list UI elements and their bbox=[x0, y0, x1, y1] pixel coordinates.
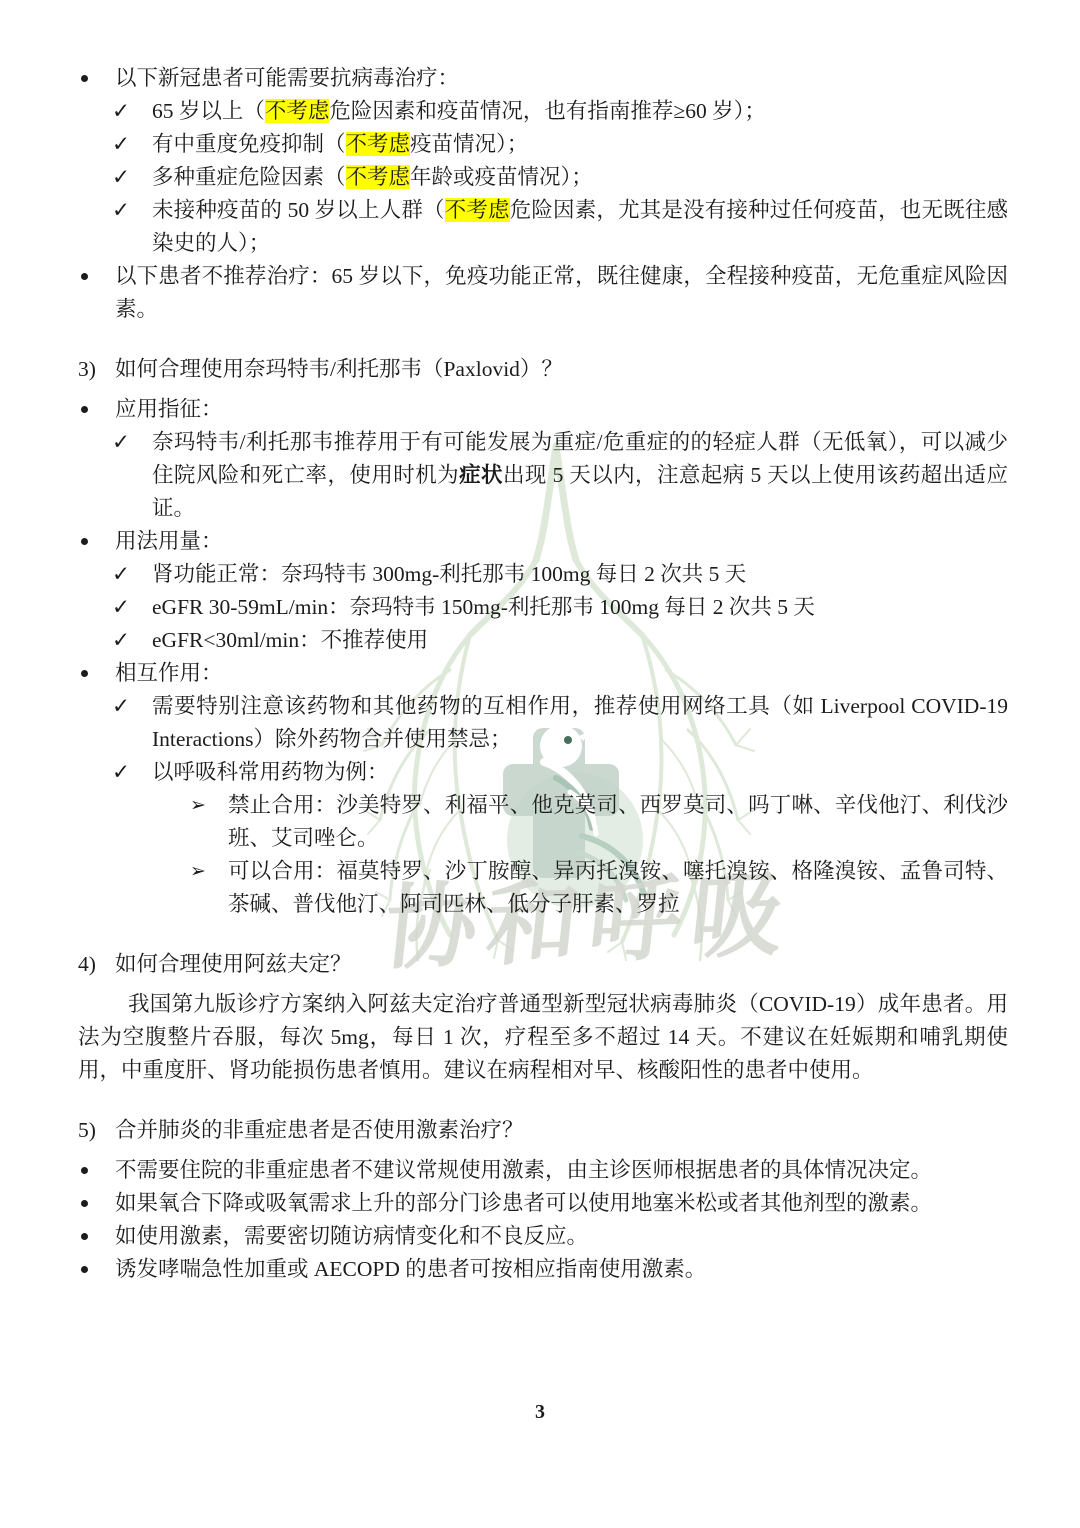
text-run: 用法用量： bbox=[115, 529, 223, 553]
block-arrow: ➢可以合用：福莫特罗、沙丁胺醇、异丙托溴铵、噻托溴铵、格隆溴铵、孟鲁司特、茶碱、… bbox=[78, 855, 1008, 921]
bullet-icon bbox=[81, 273, 88, 280]
arrow-icon: ➢ bbox=[190, 855, 206, 888]
text-run: 相互作用： bbox=[115, 661, 223, 685]
bullet-icon bbox=[81, 1167, 88, 1174]
check-icon: ✓ bbox=[112, 95, 130, 128]
text-run: 应用指征： bbox=[115, 397, 223, 421]
text-run: 未接种疫苗的 50 岁以上人群（ bbox=[152, 198, 445, 222]
text-run: 肾功能正常：奈玛特韦 300mg-利托那韦 100mg 每日 2 次共 5 天 bbox=[152, 562, 746, 586]
check-icon: ✓ bbox=[112, 690, 130, 723]
bullet-icon bbox=[81, 406, 88, 413]
block-para: 我国第九版诊疗方案纳入阿兹夫定治疗普通型新型冠状病毒肺炎（COVID-19）成年… bbox=[78, 988, 1008, 1087]
text-run: 年龄或疫苗情况）； bbox=[410, 165, 593, 189]
text-run: 以下患者不推荐治疗：65 岁以下，免疫功能正常，既往健康，全程接种疫苗，无危重症… bbox=[115, 264, 1008, 321]
block-check: ✓奈玛特韦/利托那韦推荐用于有可能发展为重症/危重症的的轻症人群（无低氧），可以… bbox=[78, 426, 1008, 525]
block-check: ✓以呼吸科常用药物为例： bbox=[78, 756, 1008, 789]
block-bullet: 用法用量： bbox=[78, 525, 1008, 558]
block-numbered: 4)如何合理使用阿兹夫定？ bbox=[78, 948, 1008, 981]
block-check: ✓未接种疫苗的 50 岁以上人群（不考虑危险因素，尤其是没有接种过任何疫苗，也无… bbox=[78, 194, 1008, 260]
check-icon: ✓ bbox=[112, 558, 130, 591]
check-icon: ✓ bbox=[112, 161, 130, 194]
text-run: eGFR<30ml/min：不推荐使用 bbox=[152, 628, 428, 652]
arrow-icon: ➢ bbox=[190, 789, 206, 822]
highlighted-text: 不考虑 bbox=[445, 198, 510, 222]
bullet-icon bbox=[81, 1266, 88, 1273]
heading-number: 3) bbox=[78, 353, 96, 386]
text-run: 合并肺炎的非重症患者是否使用激素治疗？ bbox=[115, 1118, 524, 1142]
text-run: 禁止合用：沙美特罗、利福平、他克莫司、西罗莫司、吗丁啉、辛伐他汀、利伐沙班、艾司… bbox=[228, 793, 1008, 850]
block-numbered: 3)如何合理使用奈玛特韦/利托那韦（Paxlovid）？ bbox=[78, 353, 1008, 386]
text-run: 疫苗情况）； bbox=[410, 132, 528, 156]
block-bullet: 应用指征： bbox=[78, 393, 1008, 426]
block-check: ✓eGFR 30-59mL/min：奈玛特韦 150mg-利托那韦 100mg … bbox=[78, 591, 1008, 624]
check-icon: ✓ bbox=[112, 194, 130, 227]
block-check: ✓eGFR<30ml/min：不推荐使用 bbox=[78, 624, 1008, 657]
block-check: ✓65 岁以上（不考虑危险因素和疫苗情况，也有指南推荐≥60 岁）； bbox=[78, 95, 1008, 128]
check-icon: ✓ bbox=[112, 128, 130, 161]
text-run: 危险因素和疫苗情况，也有指南推荐≥60 岁）； bbox=[329, 99, 765, 123]
page-number: 3 bbox=[0, 1396, 1080, 1429]
block-bullet: 相互作用： bbox=[78, 657, 1008, 690]
text-run: 需要特别注意该药物和其他药物的互相作用，推荐使用网络工具（如 Liverpool… bbox=[152, 694, 1008, 751]
block-bullet: 诱发哮喘急性加重或 AECOPD 的患者可按相应指南使用激素。 bbox=[78, 1253, 1008, 1286]
block-check: ✓需要特别注意该药物和其他药物的互相作用，推荐使用网络工具（如 Liverpoo… bbox=[78, 690, 1008, 756]
check-icon: ✓ bbox=[112, 756, 130, 789]
text-run: 65 岁以上（ bbox=[152, 99, 265, 123]
bullet-icon bbox=[81, 75, 88, 82]
bullet-icon bbox=[81, 1200, 88, 1207]
heading-number: 5) bbox=[78, 1114, 96, 1147]
document-page: 协和呼吸 以下新冠患者可能需要抗病毒治疗：✓65 岁以上（不考虑危险因素和疫苗情… bbox=[0, 0, 1080, 1528]
block-check: ✓肾功能正常：奈玛特韦 300mg-利托那韦 100mg 每日 2 次共 5 天 bbox=[78, 558, 1008, 591]
check-icon: ✓ bbox=[112, 624, 130, 657]
block-bullet: 如果氧合下降或吸氧需求上升的部分门诊患者可以使用地塞米松或者其他剂型的激素。 bbox=[78, 1187, 1008, 1220]
block-check: ✓有中重度免疫抑制（不考虑疫苗情况）； bbox=[78, 128, 1008, 161]
bullet-icon bbox=[81, 670, 88, 677]
text-run: 我国第九版诊疗方案纳入阿兹夫定治疗普通型新型冠状病毒肺炎（COVID-19）成年… bbox=[78, 992, 1008, 1082]
block-numbered: 5)合并肺炎的非重症患者是否使用激素治疗？ bbox=[78, 1114, 1008, 1147]
block-arrow: ➢禁止合用：沙美特罗、利福平、他克莫司、西罗莫司、吗丁啉、辛伐他汀、利伐沙班、艾… bbox=[78, 789, 1008, 855]
block-bullet: 如使用激素，需要密切随访病情变化和不良反应。 bbox=[78, 1220, 1008, 1253]
heading-number: 4) bbox=[78, 948, 96, 981]
highlighted-text: 不考虑 bbox=[346, 132, 411, 156]
text-run: 可以合用：福莫特罗、沙丁胺醇、异丙托溴铵、噻托溴铵、格隆溴铵、孟鲁司特、茶碱、普… bbox=[228, 859, 1008, 916]
text-run: 多种重症危险因素（ bbox=[152, 165, 346, 189]
text-run: 以下新冠患者可能需要抗病毒治疗： bbox=[115, 66, 459, 90]
check-icon: ✓ bbox=[112, 591, 130, 624]
text-run: 如使用激素，需要密切随访病情变化和不良反应。 bbox=[115, 1224, 588, 1248]
check-icon: ✓ bbox=[112, 426, 130, 459]
bullet-icon bbox=[81, 1233, 88, 1240]
block-bullet: 以下新冠患者可能需要抗病毒治疗： bbox=[78, 62, 1008, 95]
block-bullet: 不需要住院的非重症患者不建议常规使用激素，由主诊医师根据患者的具体情况决定。 bbox=[78, 1154, 1008, 1187]
text-run: 如果氧合下降或吸氧需求上升的部分门诊患者可以使用地塞米松或者其他剂型的激素。 bbox=[115, 1191, 932, 1215]
text-run: 诱发哮喘急性加重或 AECOPD 的患者可按相应指南使用激素。 bbox=[115, 1257, 706, 1281]
text-run: 如何合理使用阿兹夫定？ bbox=[115, 952, 352, 976]
text-run: 症状 bbox=[459, 463, 503, 487]
text-run: eGFR 30-59mL/min：奈玛特韦 150mg-利托那韦 100mg 每… bbox=[152, 595, 815, 619]
document-blocks: 以下新冠患者可能需要抗病毒治疗：✓65 岁以上（不考虑危险因素和疫苗情况，也有指… bbox=[78, 62, 1008, 1286]
highlighted-text: 不考虑 bbox=[346, 165, 411, 189]
highlighted-text: 不考虑 bbox=[265, 99, 330, 123]
text-run: 以呼吸科常用药物为例： bbox=[152, 760, 389, 784]
text-run: 不需要住院的非重症患者不建议常规使用激素，由主诊医师根据患者的具体情况决定。 bbox=[115, 1158, 932, 1182]
bullet-icon bbox=[81, 538, 88, 545]
block-check: ✓多种重症危险因素（不考虑年龄或疫苗情况）； bbox=[78, 161, 1008, 194]
text-run: 如何合理使用奈玛特韦/利托那韦（Paxlovid）？ bbox=[115, 357, 563, 381]
block-bullet: 以下患者不推荐治疗：65 岁以下，免疫功能正常，既往健康，全程接种疫苗，无危重症… bbox=[78, 260, 1008, 326]
text-run: 有中重度免疫抑制（ bbox=[152, 132, 346, 156]
